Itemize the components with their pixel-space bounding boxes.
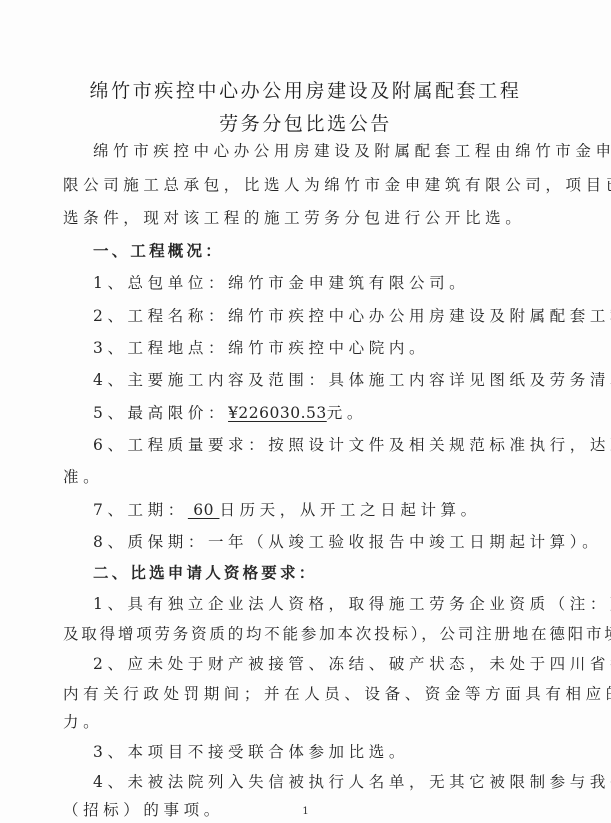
duration-value: 60	[188, 501, 220, 519]
requirement-2-line3: 力。	[63, 712, 103, 732]
duration-label: 7、工期：	[93, 501, 188, 519]
overview-item-7: 7、工期： 60 日历天，从开工之日起计算。	[93, 500, 481, 520]
max-price-unit: 元。	[327, 404, 367, 422]
section1-heading: 一、工程概况：	[93, 241, 224, 261]
overview-item-6-line1: 6、工程质量要求：按照设计文件及相关规范标准执行，达到合格标	[93, 435, 611, 455]
document-title-line2: 劳务分包比选公告	[0, 109, 611, 136]
overview-item-8: 8、质保期：一年（从竣工验收报告中竣工日期起计算）。	[93, 532, 602, 552]
requirement-1-line2: 及取得增项劳务资质的均不能参加本次投标），公司注册地在德阳市境内。	[63, 624, 611, 644]
requirement-1-line1: 1、具有独立企业法人资格，取得施工劳务企业资质（注：建筑公司	[93, 594, 611, 614]
overview-item-2: 2、工程名称：绵竹市疾控中心办公用房建设及附属配套工程。	[93, 306, 611, 326]
max-price-value: ¥226030.53	[228, 404, 327, 422]
requirement-2-line1: 2、应未处于财产被接管、冻结、破产状态，未处于四川省行政区域	[93, 654, 611, 674]
overview-item-4: 4、主要施工内容及范围：具体施工内容详见图纸及劳务清单报价表。	[93, 370, 611, 390]
intro-line-2: 限公司施工总承包，比选人为绵竹市金申建筑有限公司，项目已具备比	[63, 175, 611, 195]
duration-unit: 日历天，从开工之日起计算。	[219, 501, 480, 519]
intro-line-3: 选条件，现对该工程的施工劳务分包进行公开比选。	[63, 208, 525, 228]
document-page: 绵竹市疾控中心办公用房建设及附属配套工程 劳务分包比选公告 绵竹市疾控中心办公用…	[0, 0, 611, 823]
requirement-2-line2: 内有关行政处罚期间；并在人员、设备、资金等方面具有相应的施工能	[63, 684, 611, 704]
overview-item-6-line2: 准。	[63, 467, 103, 487]
page-number: 1	[0, 806, 611, 817]
document-title-line1: 绵竹市疾控中心办公用房建设及附属配套工程	[0, 76, 611, 103]
intro-line-1: 绵竹市疾控中心办公用房建设及附属配套工程由绵竹市金申建筑有	[93, 141, 611, 161]
section2-heading: 二、比选申请人资格要求：	[93, 563, 317, 583]
max-price-label: 5、最高限价：	[93, 404, 228, 422]
overview-item-1: 1、总包单位：绵竹市金申建筑有限公司。	[93, 273, 469, 293]
requirement-3: 3、本项目不接受联合体参加比选。	[93, 742, 409, 762]
requirement-4-line1: 4、未被法院列入失信被执行人名单，无其它被限制参与我公司比选	[93, 772, 611, 792]
overview-item-3: 3、工程地点：绵竹市疾控中心院内。	[93, 338, 429, 358]
overview-item-5: 5、最高限价：¥226030.53元。	[93, 403, 367, 423]
